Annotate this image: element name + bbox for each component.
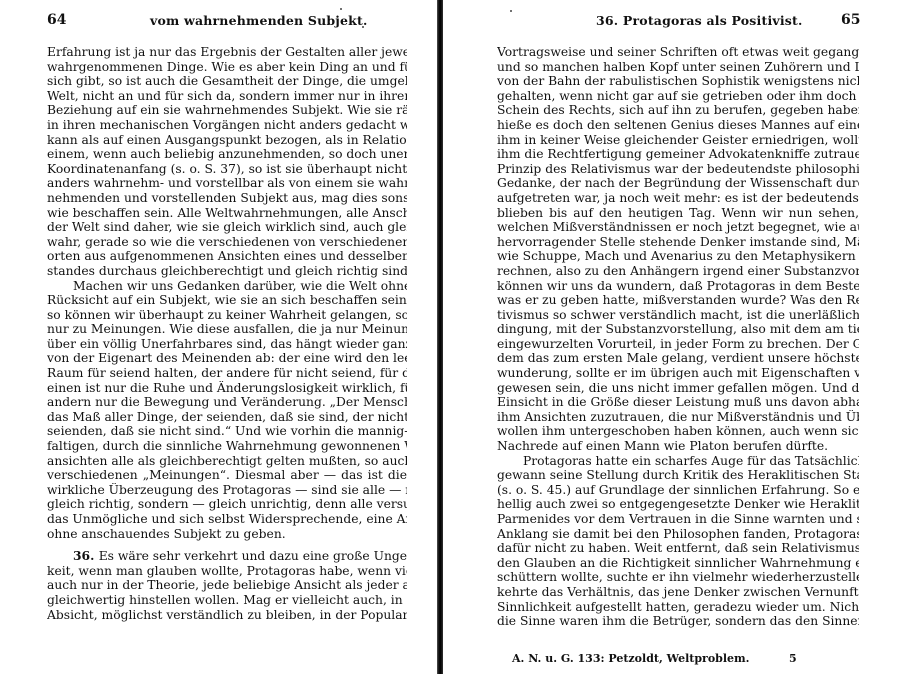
scan-speck	[362, 26, 364, 28]
paragraph: Machen wir uns Gedanken darüber, wie die…	[47, 279, 407, 542]
page-number-right: 65	[841, 12, 860, 28]
text-line: dafür nicht zu haben. Weit entfernt, daß…	[497, 541, 859, 556]
text-line: ihm in keiner Weise gleichender Geister …	[497, 133, 859, 148]
text-line: Nachrede auf einen Mann wie Platon beruf…	[497, 439, 859, 454]
text-line: Gedanke, der nach der Begründung der Wis…	[497, 176, 859, 191]
text-line: ohne anschauendes Subjekt zu geben.	[47, 527, 407, 542]
text-line: Protagoras hatte ein scharfes Auge für d…	[497, 454, 859, 469]
text-line: wie Schuppe, Mach und Avenarius zu den M…	[497, 249, 859, 264]
text-line: Sinnlichkeit aufgestellt hatten, geradez…	[497, 600, 859, 615]
text-line: verschiedenen „Meinungen“. Diesmal aber …	[47, 468, 407, 483]
section-number: 36.	[73, 549, 99, 563]
text-line: wie beschaffen sein. Alle Weltwahrnehmun…	[47, 206, 407, 221]
paragraph: Vortragsweise und seiner Schriften oft e…	[497, 45, 859, 454]
text-line: welchen Mißverständnissen er noch jetzt …	[497, 220, 859, 235]
text-line: können wir uns da wundern, daß Protagora…	[497, 279, 859, 294]
text-line: Machen wir uns Gedanken darüber, wie die…	[47, 279, 407, 294]
text-line: Parmenides vor dem Vertrauen in die Sinn…	[497, 512, 859, 527]
text-line: Schein des Rechts, sich auf ihn zu beruf…	[497, 103, 859, 118]
text-line: wollen ihm untergeschoben haben können, …	[497, 424, 859, 439]
text-line: Rücksicht auf ein Subjekt, wie sie an si…	[47, 293, 407, 308]
text-line: nehmenden und vorstellenden Subjekt aus,…	[47, 191, 407, 206]
text-line: einem, wenn auch beliebig anzunehmenden,…	[47, 147, 407, 162]
section-36: 36. Es wäre sehr verkehrt und dazu eine …	[47, 549, 407, 622]
text-line: gewann seine Stellung durch Kritik des H…	[497, 468, 859, 483]
text-line: blieben bis auf den heutigen Tag. Wenn w…	[497, 206, 859, 221]
text-line: wahr, gerade so wie die verschiedenen vo…	[47, 235, 407, 250]
text-line: gleichwertig hinstellen wollen. Mag er v…	[47, 593, 407, 608]
text-line: hervorragender Stelle stehende Denker im…	[497, 235, 859, 250]
text-line: die Sinne waren ihm die Betrüger, sonder…	[497, 614, 859, 629]
text-line: wahrgenommenen Dinge. Wie es aber kein D…	[47, 60, 407, 75]
text-line: andern nur die Bewegung und Veränderung.…	[47, 395, 407, 410]
page-number-left: 64	[47, 12, 66, 28]
left-page: 64 vom wahrnehmenden Subjekt. Erfahrung …	[0, 0, 438, 674]
text-line: seienden, daß sie nicht sind.“ Und wie v…	[47, 424, 407, 439]
text-line: keit, wenn man glauben wollte, Protagora…	[47, 564, 407, 579]
text-line: auch nur in der Theorie, jede beliebige …	[47, 578, 407, 593]
text-line: ihm die Rechtfertigung gemeiner Advokate…	[497, 147, 859, 162]
text-line: Einsicht in die Größe dieser Leistung mu…	[497, 395, 859, 410]
running-head-right: 36. Protagoras als Positivist.	[596, 13, 803, 28]
text-line: rechnen, also zu den Anhängern irgend ei…	[497, 264, 859, 279]
text-line: von der Bahn der rabulistischen Sophisti…	[497, 74, 859, 89]
text-line: schüttern wollte, suchte er ihn vielmehr…	[497, 570, 859, 585]
left-page-body: Erfahrung ist ja nur das Ergebnis der Ge…	[47, 45, 407, 622]
scan-speck	[340, 8, 342, 10]
text-line: ansichten alle als gleichberechtigt gelt…	[47, 454, 407, 469]
text-line: kehrte das Verhältnis, das jene Denker z…	[497, 585, 859, 600]
text-line: Raum für seiend halten, der andere für n…	[47, 366, 407, 381]
text-line: standes durchaus gleichberechtigt und gl…	[47, 264, 407, 279]
running-head-left: vom wahrnehmenden Subjekt.	[150, 13, 368, 28]
scan-speck	[510, 10, 512, 12]
text-line: hellig auch zwei so entgegengesetzte Den…	[497, 497, 859, 512]
text-line: wirkliche Überzeugung des Protagoras — s…	[47, 483, 407, 498]
text-line: (s. o. S. 45.) auf Grundlage der sinnlic…	[497, 483, 859, 498]
paragraph: Protagoras hatte ein scharfes Auge für d…	[497, 454, 859, 629]
text-line: sich gibt, so ist auch die Gesamtheit de…	[47, 74, 407, 89]
text-line: dem das zum ersten Male gelang, verdient…	[497, 351, 859, 366]
text-line: Beziehung auf ein sie wahrnehmendes Subj…	[47, 103, 407, 118]
text-line: Welt, nicht an und für sich da, sondern …	[47, 89, 407, 104]
text-line: aufgetreten war, ja noch weit mehr: es i…	[497, 191, 859, 206]
text-line: Erfahrung ist ja nur das Ergebnis der Ge…	[47, 45, 407, 60]
text-line: kann als auf einen Ausgangspunkt bezogen…	[47, 133, 407, 148]
text-line: Vortragsweise und seiner Schriften oft e…	[497, 45, 859, 60]
text-line: 36. Es wäre sehr verkehrt und dazu eine …	[47, 549, 407, 564]
paragraph: Erfahrung ist ja nur das Ergebnis der Ge…	[47, 45, 407, 279]
text-line: Koordinatenanfang (s. o. S. 37), so ist …	[47, 162, 407, 177]
book-spine-gutter	[437, 0, 443, 674]
signature-line: A. N. u. G. 133: Petzoldt, Weltproblem.	[512, 652, 750, 665]
text-line: Absicht, möglichst verständlich zu bleib…	[47, 608, 407, 623]
text-line: so können wir überhaupt zu keiner Wahrhe…	[47, 308, 407, 323]
right-page: 36. Protagoras als Positivist. 65 Vortra…	[444, 0, 900, 674]
text-line: Prinzip des Relativismus war der bedeute…	[497, 162, 859, 177]
text-line: eingewurzelten Vorurteil, in jeder Form …	[497, 337, 859, 352]
text-line: wunderung, sollte er im übrigen auch mit…	[497, 366, 859, 381]
text-line: ihm Ansichten zuzutrauen, die nur Mißver…	[497, 410, 859, 425]
text-line: einen ist nur die Ruhe und Änderungslosi…	[47, 381, 407, 396]
text-line: dingung, mit der Substanzvorstellung, al…	[497, 322, 859, 337]
section-text: Es wäre sehr verkehrt und dazu eine groß…	[99, 549, 407, 563]
text-line: gehalten, wenn nicht gar auf sie getrieb…	[497, 89, 859, 104]
text-line: das Unmögliche und sich selbst Widerspre…	[47, 512, 407, 527]
right-page-body: Vortragsweise und seiner Schriften oft e…	[497, 45, 859, 629]
text-line: gleich richtig, sondern — gleich unricht…	[47, 497, 407, 512]
text-line: Anklang sie damit bei den Philosophen fa…	[497, 527, 859, 542]
text-line: das Maß aller Dinge, der seienden, daß s…	[47, 410, 407, 425]
text-line: tivismus so schwer verständlich macht, i…	[497, 308, 859, 323]
text-line: und so manchen halben Kopf unter seinen …	[497, 60, 859, 75]
text-line: hieße es doch den seltenen Genius dieses…	[497, 118, 859, 133]
text-line: was er zu geben hatte, mißverstanden wur…	[497, 293, 859, 308]
sheet-number: 5	[789, 652, 797, 665]
text-line: von der Eigenart des Meinenden ab: der e…	[47, 351, 407, 366]
section-spacer	[47, 541, 407, 549]
text-line: gewesen sein, die uns nicht immer gefall…	[497, 381, 859, 396]
text-line: über ein völlig Unerfahrbares sind, das …	[47, 337, 407, 352]
text-line: den Glauben an die Richtigkeit sinnliche…	[497, 556, 859, 571]
text-line: faltigen, durch die sinnliche Wahrnehmun…	[47, 439, 407, 454]
text-line: in ihren mechanischen Vorgängen nicht an…	[47, 118, 407, 133]
text-line: anders wahrnehm- und vorstellbar als von…	[47, 176, 407, 191]
text-line: nur zu Meinungen. Wie diese ausfallen, d…	[47, 322, 407, 337]
text-line: der Welt sind daher, wie sie gleich wirk…	[47, 220, 407, 235]
text-line: orten aus aufgenommenen Ansichten eines …	[47, 249, 407, 264]
